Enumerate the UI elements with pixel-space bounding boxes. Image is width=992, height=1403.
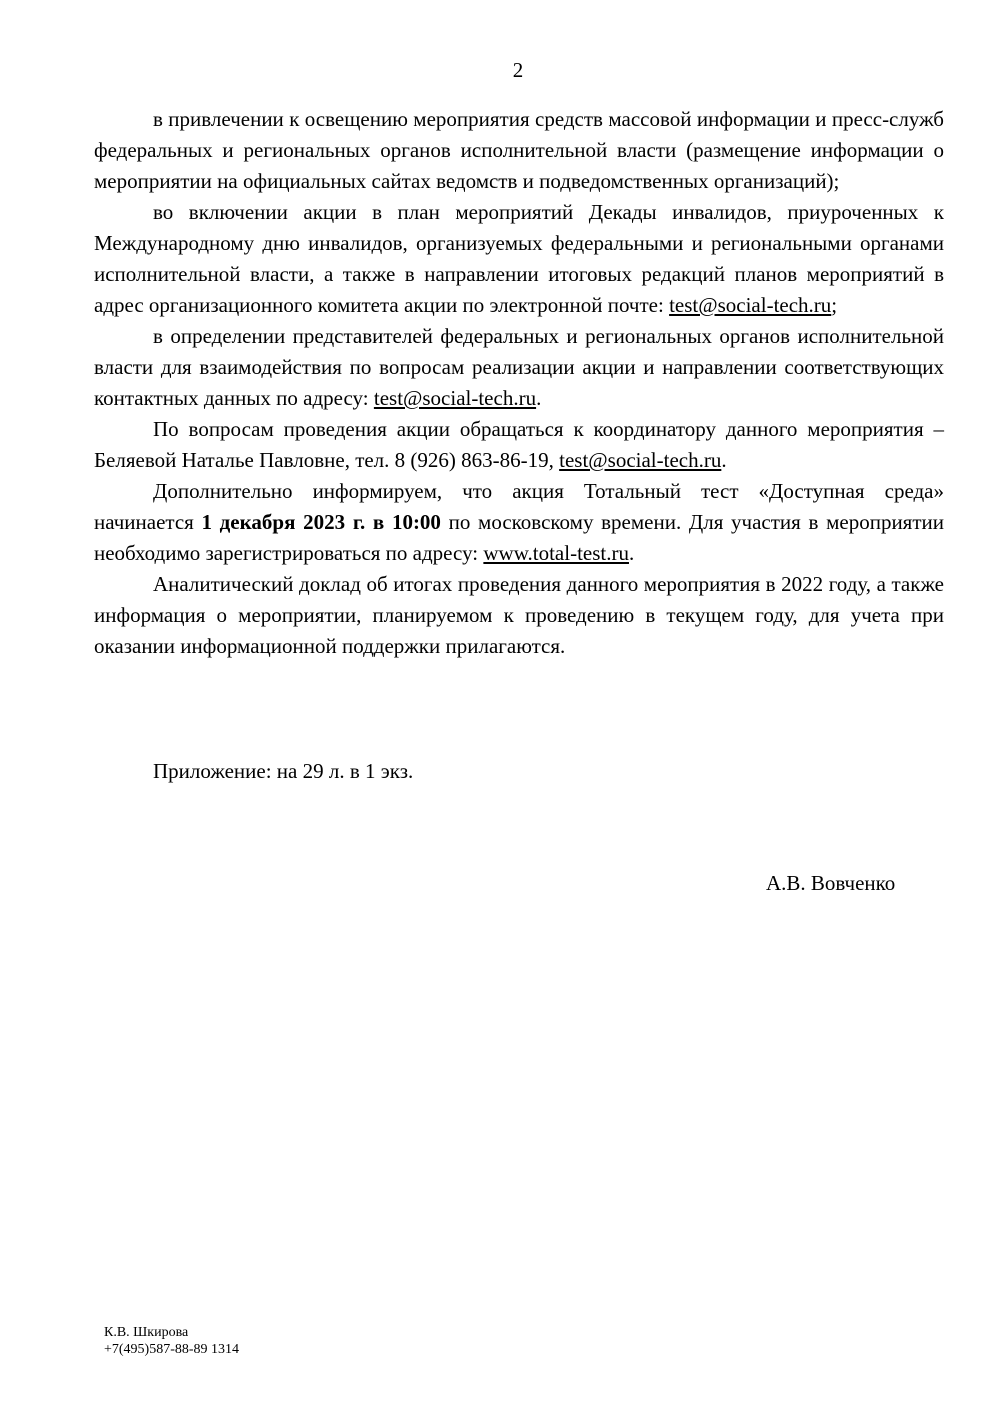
punctuation: ;: [831, 293, 837, 317]
punctuation: .: [721, 448, 726, 472]
executor-name: К.В. Шкирова: [104, 1324, 239, 1341]
paragraph-coordinator: По вопросам проведения акции обращаться …: [94, 414, 944, 476]
paragraph-analytical-report: Аналитический доклад об итогах проведени…: [94, 569, 944, 662]
start-date: 1 декабря 2023 г. в 10:00: [202, 510, 441, 534]
letter-body: в привлечении к освещению мероприятия ср…: [94, 104, 944, 662]
signature-name: А.В. Вовченко: [766, 868, 895, 899]
paragraph-text: По вопросам проведения акции обращаться …: [94, 417, 944, 472]
email-link[interactable]: test@social-tech.ru: [374, 386, 536, 410]
paragraph-start-date: Дополнительно информируем, что акция Тот…: [94, 476, 944, 569]
executor-phone: +7(495)587-88-89 1314: [104, 1341, 239, 1358]
executor-block: К.В. Шкирова +7(495)587-88-89 1314: [104, 1324, 239, 1358]
attachment-note: Приложение: на 29 л. в 1 экз.: [153, 756, 413, 787]
page-number: 2: [0, 58, 992, 82]
paragraph-representatives: в определении представителей федеральных…: [94, 321, 944, 414]
email-link[interactable]: test@social-tech.ru: [669, 293, 831, 317]
punctuation: .: [536, 386, 541, 410]
email-link[interactable]: test@social-tech.ru: [559, 448, 721, 472]
punctuation: .: [629, 541, 634, 565]
registration-url-link[interactable]: www.total-test.ru: [483, 541, 629, 565]
paragraph-decade-plan: во включении акции в план мероприятий Де…: [94, 197, 944, 321]
paragraph-media-coverage: в привлечении к освещению мероприятия ср…: [94, 104, 944, 197]
